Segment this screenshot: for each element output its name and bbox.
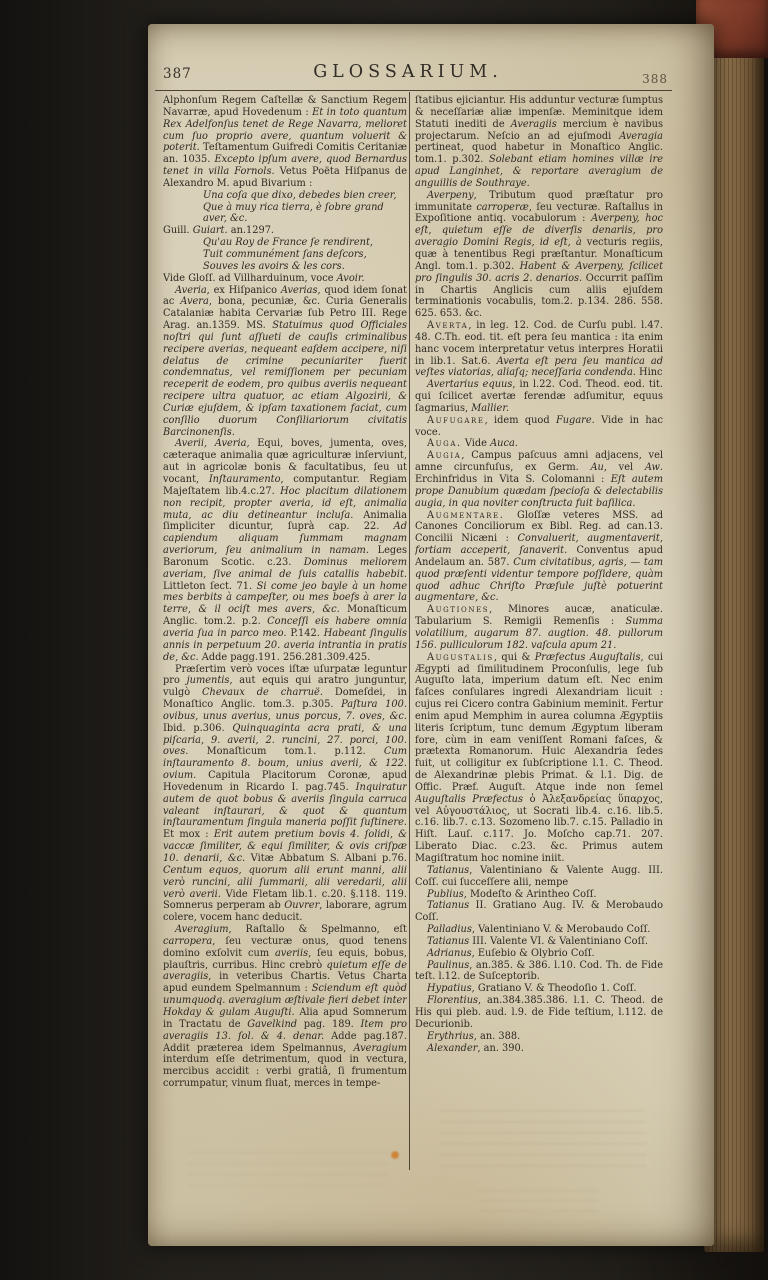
text-segment: Auguſtalis Præfectus: [415, 794, 523, 805]
entry-headword: Augtiones: [427, 604, 489, 615]
text-segment: , qui &: [494, 652, 535, 663]
page-title: GLOSSARIUM.: [148, 62, 668, 82]
paragraph: Alphonſum Regem Caſtellæ & Sanctium Rege…: [163, 95, 407, 190]
text-segment: Paulinus: [427, 960, 469, 971]
text-segment: Averagiis: [511, 119, 557, 130]
text-segment: Averia: [175, 285, 207, 296]
paragraph: Paulinus, an.385. & 386. l.10. Cod. Th. …: [415, 960, 663, 984]
text-segment: Inſtauramento: [209, 474, 281, 485]
text-segment: Tatianus: [427, 900, 469, 911]
text-segment: , Euſebio & Olybrio Coſſ.: [472, 948, 595, 959]
text-segment: Alexander: [427, 1043, 477, 1054]
text-segment: Publius: [427, 889, 464, 900]
text-segment: III. Valente VI. & Valentiniano Coſſ.: [469, 936, 648, 947]
text-segment: , Gratiano V. & Theodoſio 1. Coſſ.: [472, 983, 637, 994]
paragraph: Vide Gloſſ. ad Villharduinum, voce Avoir…: [163, 273, 407, 285]
paragraph: Guill. Guiart. an.1297.: [163, 225, 407, 237]
paragraph: Publius, Modeſto & Arintheo Coſſ.: [415, 889, 663, 901]
text-segment: Fugare.: [556, 415, 595, 426]
text-segment: Chevaux de charruë.: [202, 687, 323, 698]
text-segment: Averias: [281, 285, 318, 296]
paragraph: Averpeny, Tributum quod præſtatur pro im…: [415, 190, 663, 320]
text-segment: P.142.: [286, 628, 323, 639]
photo-background: 387 GLOSSARIUM. 388 Alphonſum Regem Caſt…: [0, 0, 768, 1280]
left-column: Alphonſum Regem Caſtellæ & Sanctium Rege…: [163, 95, 407, 1159]
text-segment: Aw: [645, 462, 660, 473]
text-segment: , vel: [604, 462, 645, 473]
paragraph: Erythrius, an. 388.: [415, 1031, 663, 1043]
text-segment: Guiart.: [193, 225, 228, 236]
text-segment: Ibid. p.306.: [163, 723, 232, 734]
paragraph: Aufugare, idem quod Fugare. Vide in hac …: [415, 415, 663, 439]
paragraph: Avertarius equus, in l.22. Cod. Theod. e…: [415, 379, 663, 415]
paragraph: Averta, in leg. 12. Cod. de Curſu publ. …: [415, 320, 663, 379]
text-segment: jumentis: [187, 675, 230, 686]
entry-headword: Aufugare: [427, 415, 485, 426]
paragraph: Præſertim verò voces iſtæ uſurpatæ legun…: [163, 664, 407, 925]
text-segment: Averpeny: [427, 190, 474, 201]
text-segment: Tatianus: [427, 865, 469, 876]
text-segment: Guill.: [163, 225, 193, 236]
text-segment: Adde pagg.191. 256.281.309.425.: [199, 652, 371, 663]
text-segment: Averagium: [175, 924, 229, 935]
text-segment: Averii, Averia,: [175, 438, 250, 449]
header-rule: [155, 90, 672, 91]
text-segment: interdum eſſe detrimentum, quod in vectu…: [163, 1054, 407, 1089]
text-segment: Florentius: [427, 995, 478, 1006]
paragraph: Augustalis, qui & Præfectus Auguſtalis, …: [415, 652, 663, 865]
text-segment: Statuimus quod Officiales noſtri qui ſun…: [163, 320, 407, 438]
paragraph: Averia, ex Hiſpanico Averias, quod idem …: [163, 285, 407, 439]
text-segment: Tatianus: [427, 936, 469, 947]
paragraph: Tatianus, Valentiniano & Valente Augg. I…: [415, 865, 663, 889]
book-page: 387 GLOSSARIUM. 388 Alphonſum Regem Caſt…: [148, 24, 714, 1246]
entry-headword: Averta: [427, 320, 468, 331]
text-segment: Monaſticum tom.1. p.112.: [188, 746, 384, 757]
text-segment: Qu'au Roy de France ſe rendirent,: [203, 237, 373, 248]
text-segment: Mallier.: [471, 403, 509, 414]
text-segment: Averagium: [353, 1043, 407, 1054]
show-through-verso-text: [478, 1190, 598, 1212]
text-segment: , Modeſto & Arintheo Coſſ.: [464, 889, 597, 900]
paragraph: Auga. Vide Auca.: [415, 438, 663, 450]
paragraph: Tatianus III. Valente VI. & Valentiniano…: [415, 936, 663, 948]
text-segment: Vide Gloſſ. ad Villharduinum, voce: [163, 273, 337, 284]
text-segment: pag. 189.: [297, 1019, 360, 1030]
text-segment: Avera: [180, 296, 209, 307]
text-segment: Ouvrer: [284, 900, 319, 911]
entry-headword: Augmentare.: [427, 510, 504, 521]
text-segment: Hinc: [636, 367, 663, 378]
text-segment: Erythrius: [427, 1031, 474, 1042]
text-segment: Præfectus Auguſtalis: [535, 652, 641, 663]
text-segment: , an. 388.: [474, 1031, 520, 1042]
text-segment: Vitæ Abbatum S. Albani p.76.: [245, 853, 407, 864]
verse-line: Qu'au Roy de France ſe rendirent,: [163, 237, 407, 249]
paragraph: ſtatibus ejiciantur. His adduntur vectur…: [415, 95, 663, 190]
verse-line: Una coſa que dixo, debedes bien creer,: [163, 190, 407, 202]
text-segment: Littleton ſect. 71.: [163, 581, 257, 592]
paragraph: Averii, Averia, Equi, boves, jumenta, ov…: [163, 438, 407, 663]
text-segment: averiis: [275, 948, 308, 959]
text-segment: Avertarius equus: [427, 379, 512, 390]
paragraph: Adrianus, Euſebio & Olybrio Coſſ.: [415, 948, 663, 960]
text-segment: , cui Ægypti ad ſimilitudinem Proconſuli…: [415, 652, 663, 793]
text-segment: Et mox :: [163, 829, 214, 840]
text-segment: Tuit communément ſans deſcors,: [203, 249, 367, 260]
text-segment: Vide: [462, 438, 490, 449]
page-number-right: 388: [642, 72, 668, 86]
text-segment: Adrianus: [427, 948, 472, 959]
text-segment: an.1297.: [228, 225, 274, 236]
text-segment: , an. 390.: [477, 1043, 523, 1054]
text-segment: , ex Hiſpanico: [207, 285, 281, 296]
text-segment: Gavelkind: [247, 1019, 297, 1030]
paragraph: Florentius, an.384.385.386. l.1. C. Theo…: [415, 995, 663, 1031]
paragraph: Tatianus II. Gratiano Aug. IV. & Merobau…: [415, 900, 663, 924]
text-segment: , Raſtallo & Spelmanno, eſt: [229, 924, 407, 935]
text-segment: , idem quod: [485, 415, 556, 426]
text-segment: Que à muy rica tierra, è ſobre grand ave…: [203, 202, 384, 225]
paragraph: Palladius, Valentiniano V. & Merobaudo C…: [415, 924, 663, 936]
paragraph: Augtiones, Minores aucæ, anaticulæ. Tabu…: [415, 604, 663, 651]
paragraph: Augia, Campus paſcuus amni adjacens, vel…: [415, 450, 663, 509]
text-segment: Avoir.: [337, 273, 365, 284]
verse-line: Que à muy rica tierra, è ſobre grand ave…: [163, 202, 407, 226]
paragraph: Hypatius, Gratiano V. & Theodoſio 1. Coſ…: [415, 983, 663, 995]
text-segment: , Valentiniano V. & Merobaudo Coſſ.: [472, 924, 650, 935]
text-segment: carroperæ: [476, 202, 529, 213]
text-segment: Hypatius: [427, 983, 472, 994]
verse-line: Souves les avoirs & les cors.: [163, 261, 407, 273]
column-divider-rule: [409, 92, 410, 1170]
text-segment: Averagia: [619, 131, 663, 142]
text-segment: carropera: [163, 936, 212, 947]
text-segment: Souves les avoirs & les cors.: [203, 261, 345, 272]
entry-headword: Augia: [427, 450, 461, 461]
right-column: ſtatibus ejiciantur. His adduntur vectur…: [415, 95, 663, 1159]
text-segment: Palladius: [427, 924, 472, 935]
text-segment: Auca.: [490, 438, 518, 449]
paragraph: Averagium, Raſtallo & Spelmanno, eſt car…: [163, 924, 407, 1090]
paragraph: Alexander, an. 390.: [415, 1043, 663, 1055]
entry-headword: Augustalis: [427, 652, 494, 663]
verse-line: Tuit communément ſans deſcors,: [163, 249, 407, 261]
entry-headword: Auga.: [427, 438, 462, 449]
text-segment: Una coſa que dixo, debedes bien creer,: [203, 190, 397, 201]
paragraph: Augmentare. Gloſſæ veteres MSS. ad Canon…: [415, 510, 663, 605]
text-segment: Au: [590, 462, 603, 473]
